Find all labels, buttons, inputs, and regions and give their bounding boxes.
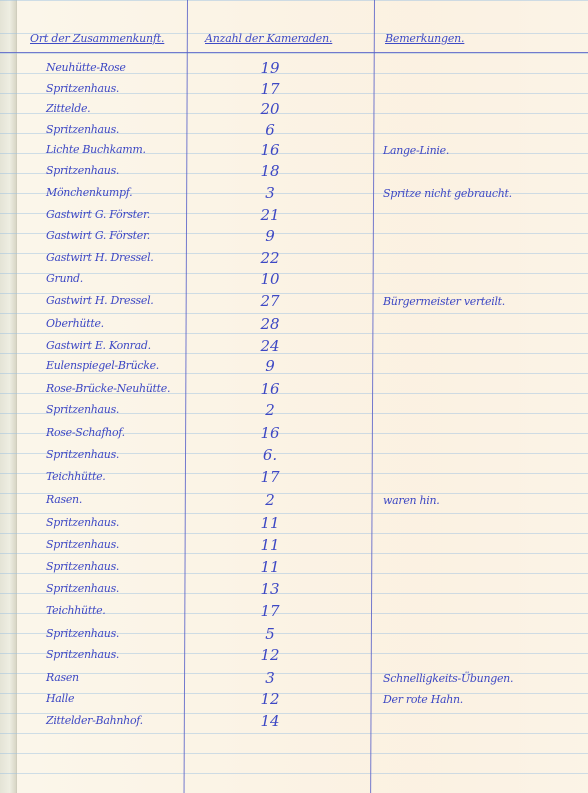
- count-cell: 21: [250, 206, 290, 224]
- table-row: Spritzenhaus.2: [0, 401, 588, 421]
- table-row: Neuhütte-Rose19: [0, 59, 588, 79]
- count-cell: 27: [250, 292, 290, 310]
- place-cell: Spritzenhaus.: [46, 123, 119, 136]
- place-cell: Spritzenhaus.: [46, 627, 119, 640]
- table-row: Eulenspiegel-Brücke.9: [0, 357, 588, 377]
- header-remarks: Bemerkungen.: [385, 32, 464, 45]
- count-cell: 2: [250, 491, 290, 509]
- place-cell: Spritzenhaus.: [46, 516, 119, 529]
- table-row: Zittelder-Bahnhof.14: [0, 712, 588, 732]
- table-row: Mönchenkumpf.3Spritze nicht gebraucht.: [0, 184, 588, 204]
- table-row: Rasen.2waren hin.: [0, 491, 588, 511]
- count-cell: 6.: [250, 446, 290, 464]
- count-cell: 3: [250, 184, 290, 202]
- place-cell: Spritzenhaus.: [46, 448, 119, 461]
- count-cell: 22: [250, 249, 290, 267]
- count-cell: 13: [250, 580, 290, 598]
- place-cell: Zittelde.: [46, 102, 90, 115]
- count-cell: 11: [250, 536, 290, 554]
- place-cell: Spritzenhaus.: [46, 648, 119, 661]
- count-cell: 17: [250, 468, 290, 486]
- table-row: Lichte Buchkamm.16Lange-Linie.: [0, 141, 588, 161]
- count-cell: 5: [250, 625, 290, 643]
- table-row: Gastwirt H. Dressel.27Bürgermeister vert…: [0, 292, 588, 312]
- count-cell: 16: [250, 424, 290, 442]
- place-cell: Gastwirt H. Dressel.: [46, 294, 154, 307]
- table-row: Rasen3Schnelligkeits-Übungen.: [0, 669, 588, 689]
- table-row: Oberhütte.28: [0, 315, 588, 335]
- count-cell: 16: [250, 380, 290, 398]
- remark-cell: Der rote Hahn.: [383, 693, 463, 706]
- header-place: Ort der Zusammenkunft.: [30, 32, 164, 45]
- place-cell: Grund.: [46, 272, 83, 285]
- table-row: Spritzenhaus.18: [0, 162, 588, 182]
- table-row: Spritzenhaus.11: [0, 536, 588, 556]
- table-row: Teichhütte.17: [0, 602, 588, 622]
- table-row: Grund.10: [0, 270, 588, 290]
- place-cell: Spritzenhaus.: [46, 82, 119, 95]
- count-cell: 19: [250, 59, 290, 77]
- count-cell: 20: [250, 100, 290, 118]
- count-cell: 24: [250, 337, 290, 355]
- table-row: Spritzenhaus.6: [0, 121, 588, 141]
- place-cell: Teichhütte.: [46, 470, 105, 483]
- remark-cell: Spritze nicht gebraucht.: [383, 187, 512, 200]
- remark-cell: Lange-Linie.: [383, 144, 449, 157]
- place-cell: Rasen: [46, 671, 79, 684]
- count-cell: 28: [250, 315, 290, 333]
- table-row: Spritzenhaus.6.: [0, 446, 588, 466]
- table-row: Spritzenhaus.13: [0, 580, 588, 600]
- count-cell: 18: [250, 162, 290, 180]
- place-cell: Gastwirt G. Förster.: [46, 229, 150, 242]
- place-cell: Gastwirt E. Konrad.: [46, 339, 151, 352]
- count-cell: 9: [250, 357, 290, 375]
- place-cell: Gastwirt G. Förster.: [46, 208, 150, 221]
- place-cell: Spritzenhaus.: [46, 403, 119, 416]
- remark-cell: waren hin.: [383, 494, 440, 507]
- count-cell: 2: [250, 401, 290, 419]
- table-row: Zittelde.20: [0, 100, 588, 120]
- table-row: Spritzenhaus.12: [0, 646, 588, 666]
- table-row: Gastwirt G. Förster.9: [0, 227, 588, 247]
- place-cell: Rose-Brücke-Neuhütte.: [46, 382, 170, 395]
- place-cell: Spritzenhaus.: [46, 164, 119, 177]
- count-cell: 11: [250, 514, 290, 532]
- header-count: Anzahl der Kameraden.: [205, 32, 332, 45]
- place-cell: Gastwirt H. Dressel.: [46, 251, 154, 264]
- count-cell: 17: [250, 602, 290, 620]
- place-cell: Lichte Buchkamm.: [46, 143, 146, 156]
- place-cell: Teichhütte.: [46, 604, 105, 617]
- place-cell: Spritzenhaus.: [46, 538, 119, 551]
- count-cell: 12: [250, 690, 290, 708]
- table-row: Gastwirt H. Dressel.22: [0, 249, 588, 269]
- table-row: Rose-Brücke-Neuhütte.16: [0, 380, 588, 400]
- remark-cell: Schnelligkeits-Übungen.: [383, 672, 513, 685]
- place-cell: Oberhütte.: [46, 317, 104, 330]
- count-cell: 12: [250, 646, 290, 664]
- count-cell: 9: [250, 227, 290, 245]
- count-cell: 3: [250, 669, 290, 687]
- count-cell: 17: [250, 80, 290, 98]
- place-cell: Spritzenhaus.: [46, 582, 119, 595]
- place-cell: Halle: [46, 692, 74, 705]
- remark-cell: Bürgermeister verteilt.: [383, 295, 505, 308]
- table-row: Rose-Schafhof.16: [0, 424, 588, 444]
- count-cell: 14: [250, 712, 290, 730]
- place-cell: Eulenspiegel-Brücke.: [46, 359, 159, 372]
- header-underline: [0, 52, 588, 53]
- count-cell: 11: [250, 558, 290, 576]
- table-row: Spritzenhaus.11: [0, 558, 588, 578]
- table-row: Gastwirt G. Förster.21: [0, 206, 588, 226]
- count-cell: 16: [250, 141, 290, 159]
- place-cell: Spritzenhaus.: [46, 560, 119, 573]
- place-cell: Rasen.: [46, 493, 82, 506]
- place-cell: Neuhütte-Rose: [46, 61, 126, 74]
- place-cell: Rose-Schafhof.: [46, 426, 125, 439]
- table-row: Gastwirt E. Konrad.24: [0, 337, 588, 357]
- count-cell: 10: [250, 270, 290, 288]
- place-cell: Mönchenkumpf.: [46, 186, 132, 199]
- table-row: Spritzenhaus.11: [0, 514, 588, 534]
- place-cell: Zittelder-Bahnhof.: [46, 714, 143, 727]
- table-row: Teichhütte.17: [0, 468, 588, 488]
- table-row: Spritzenhaus.17: [0, 80, 588, 100]
- count-cell: 6: [250, 121, 290, 139]
- table-row: Spritzenhaus.5: [0, 625, 588, 645]
- table-row: Halle12Der rote Hahn.: [0, 690, 588, 710]
